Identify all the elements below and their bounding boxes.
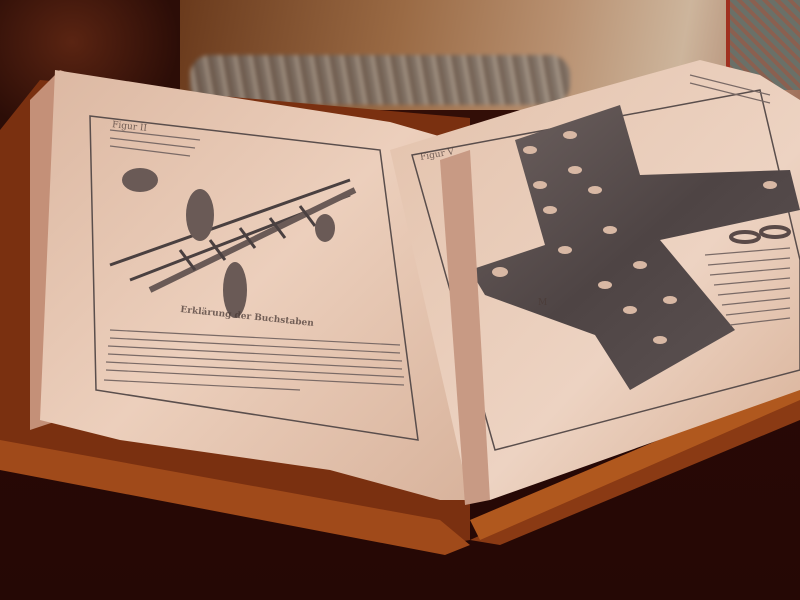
photo-scene: Figur II Erklärung der Buchstaben Figur …: [0, 0, 800, 600]
open-book: [0, 0, 800, 600]
left-page: [40, 70, 470, 500]
plate-letter-mark: M: [538, 298, 547, 308]
